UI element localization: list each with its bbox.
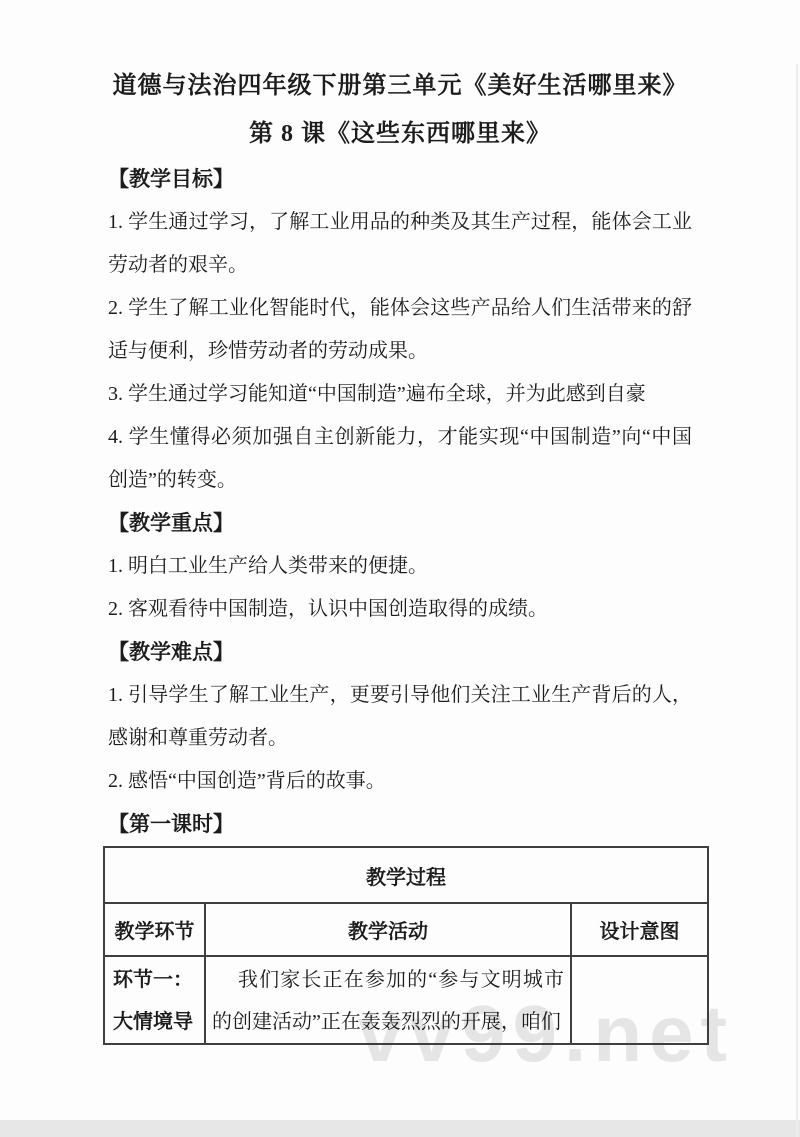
stage-line-1: 环节一：: [113, 959, 200, 1001]
column-header-intent: 设计意图: [571, 903, 708, 956]
section-heading-first-lesson: 【第一课时】: [108, 803, 692, 846]
table-row: 环节一： 大情境导 我们家长正在参加的“参与文明城市的创建活动”正在轰轰烈烈的开…: [104, 956, 708, 1044]
stage-cell: 环节一： 大情境导: [104, 956, 205, 1044]
section-heading-teaching-difficulties: 【教学难点】: [108, 631, 692, 674]
difficulty-item-2: 2. 感悟“中国创造”背后的故事。: [108, 760, 692, 803]
objective-item-2: 2. 学生了解工业化智能时代，能体会这些产品给人们生活带来的舒适与便利，珍惜劳动…: [108, 287, 692, 373]
doc-title-line-1: 道德与法治四年级下册第三单元《美好生活哪里来》: [108, 62, 692, 110]
page-bottom-edge: [0, 1120, 800, 1137]
objective-item-1: 1. 学生通过学习，了解工业用品的种类及其生产过程，能体会工业劳动者的艰辛。: [108, 201, 692, 287]
intent-cell: [571, 956, 708, 1044]
table-header-row: 教学环节 教学活动 设计意图: [104, 903, 708, 956]
doc-title-line-2: 第 8 课《这些东西哪里来》: [108, 110, 692, 158]
column-header-stage: 教学环节: [104, 903, 205, 956]
difficulty-item-1: 1. 引导学生了解工业生产，更要引导他们关注工业生产背后的人，感谢和尊重劳动者。: [108, 674, 692, 760]
objective-item-3: 3. 学生通过学习能知道“中国制造”遍布全球，并为此感到自豪: [108, 373, 692, 416]
activity-cell: 我们家长正在参加的“参与文明城市的创建活动”正在轰轰烈烈的开展，咱们: [205, 956, 571, 1044]
objective-item-4: 4. 学生懂得必须加强自主创新能力，才能实现“中国制造”向“中国创造”的转变。: [108, 416, 692, 502]
document-page: 道德与法治四年级下册第三单元《美好生活哪里来》 第 8 课《这些东西哪里来》 【…: [0, 0, 800, 1045]
table-title: 教学过程: [104, 847, 708, 903]
table-title-row: 教学过程: [104, 847, 708, 903]
stage-line-2: 大情境导: [113, 1001, 200, 1043]
teaching-process-table: 教学过程 教学环节 教学活动 设计意图 环节一： 大情境导 我们家长正在参加的“…: [103, 846, 709, 1045]
key-point-item-2: 2. 客观看待中国制造，认识中国创造取得的成绩。: [108, 588, 692, 631]
section-heading-teaching-key-points: 【教学重点】: [108, 502, 692, 545]
column-header-activity: 教学活动: [205, 903, 571, 956]
section-heading-teaching-objectives: 【教学目标】: [108, 158, 692, 201]
page-right-edge: [796, 64, 798, 1137]
key-point-item-1: 1. 明白工业生产给人类带来的便捷。: [108, 545, 692, 588]
